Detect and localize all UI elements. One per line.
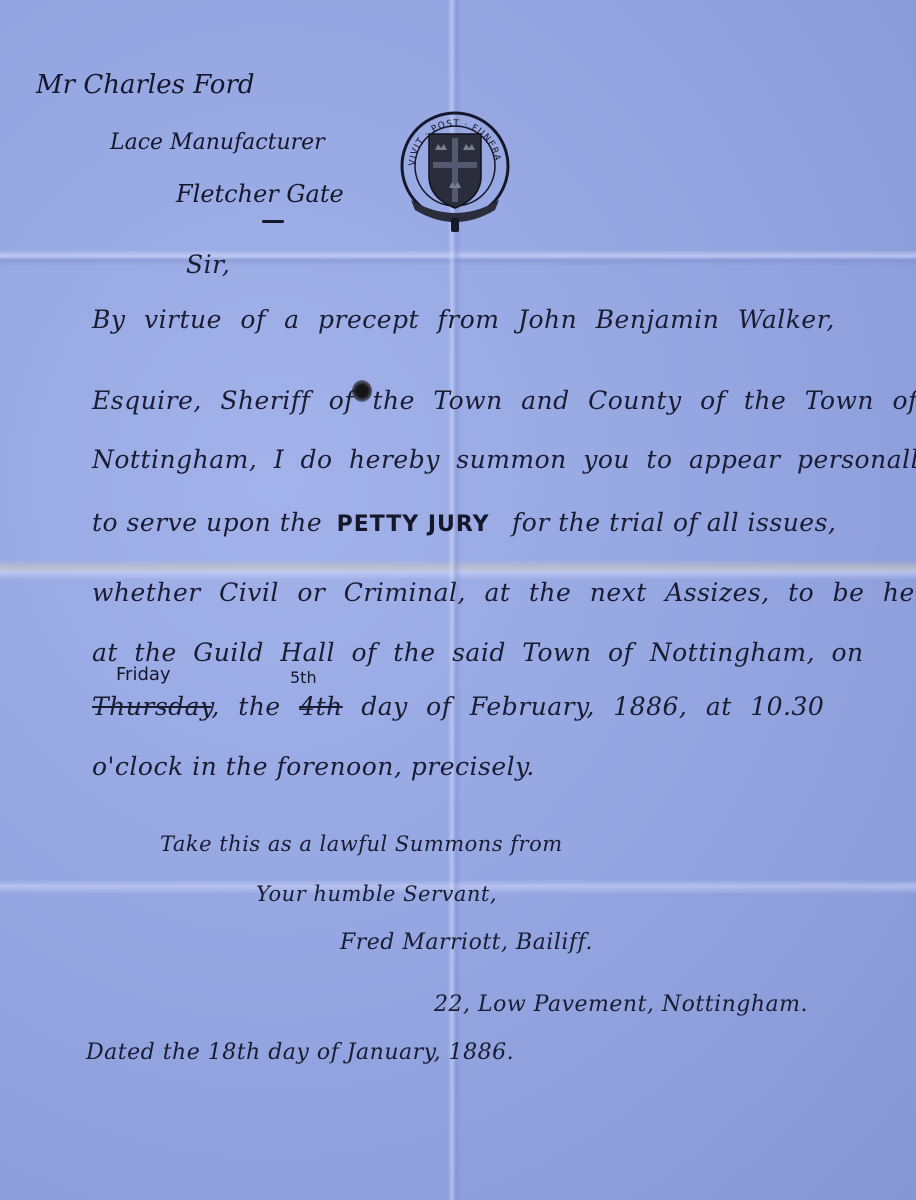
body-line-7-mid: , the (211, 692, 280, 721)
body-line-1: By virtue of a precept from John Benjami… (92, 305, 835, 334)
sender-address: 22, Low Pavement, Nottingham. (434, 992, 808, 1017)
recipient-occupation: Lace Manufacturer (110, 130, 325, 155)
date-line: Dated the 18th day of January, 1886. (86, 1040, 514, 1065)
body-line-7-post: day of February, 1886, at 10.30 (361, 692, 824, 721)
petty-jury-heading: PETTY JURY (337, 512, 490, 537)
body-line-4: to serve upon the PETTY JURY for the tri… (92, 508, 836, 537)
closing-line-2: Your humble Servant, (256, 882, 497, 906)
body-line-6: at the Guild Hall of the said Town of No… (92, 638, 864, 667)
struck-day: Thursday (92, 692, 211, 721)
address-underline (262, 220, 284, 223)
inserted-date: 5th (290, 668, 317, 687)
summons-document: Mr Charles Ford Lace Manufacturer Fletch… (0, 0, 916, 1200)
body-line-4-pre: to serve upon the (92, 508, 322, 537)
ink-blot (352, 380, 372, 402)
body-line-8: o'clock in the forenoon, precisely. (92, 752, 535, 781)
body-line-2: Esquire, Sheriff of the Town and County … (92, 386, 916, 415)
body-line-7: Thursday, the 4th day of February, 1886,… (92, 692, 824, 721)
recipient-street: Fletcher Gate (176, 180, 344, 208)
struck-date: 4th (299, 692, 343, 721)
recipient-name: Mr Charles Ford (36, 70, 255, 100)
signature: Fred Marriott, Bailiff. (340, 930, 593, 955)
body-line-5: whether Civil or Criminal, at the next A… (92, 578, 916, 607)
inserted-day: Friday (116, 664, 171, 685)
coat-of-arms-icon: VIVIT · POST · FUNERA · VIRTUS (397, 106, 513, 240)
body-line-4-post: for the trial of all issues, (512, 508, 836, 537)
body-line-3: Nottingham, I do hereby summon you to ap… (92, 445, 916, 474)
closing-line-1: Take this as a lawful Summons from (160, 832, 563, 856)
salutation: Sir, (186, 250, 230, 279)
